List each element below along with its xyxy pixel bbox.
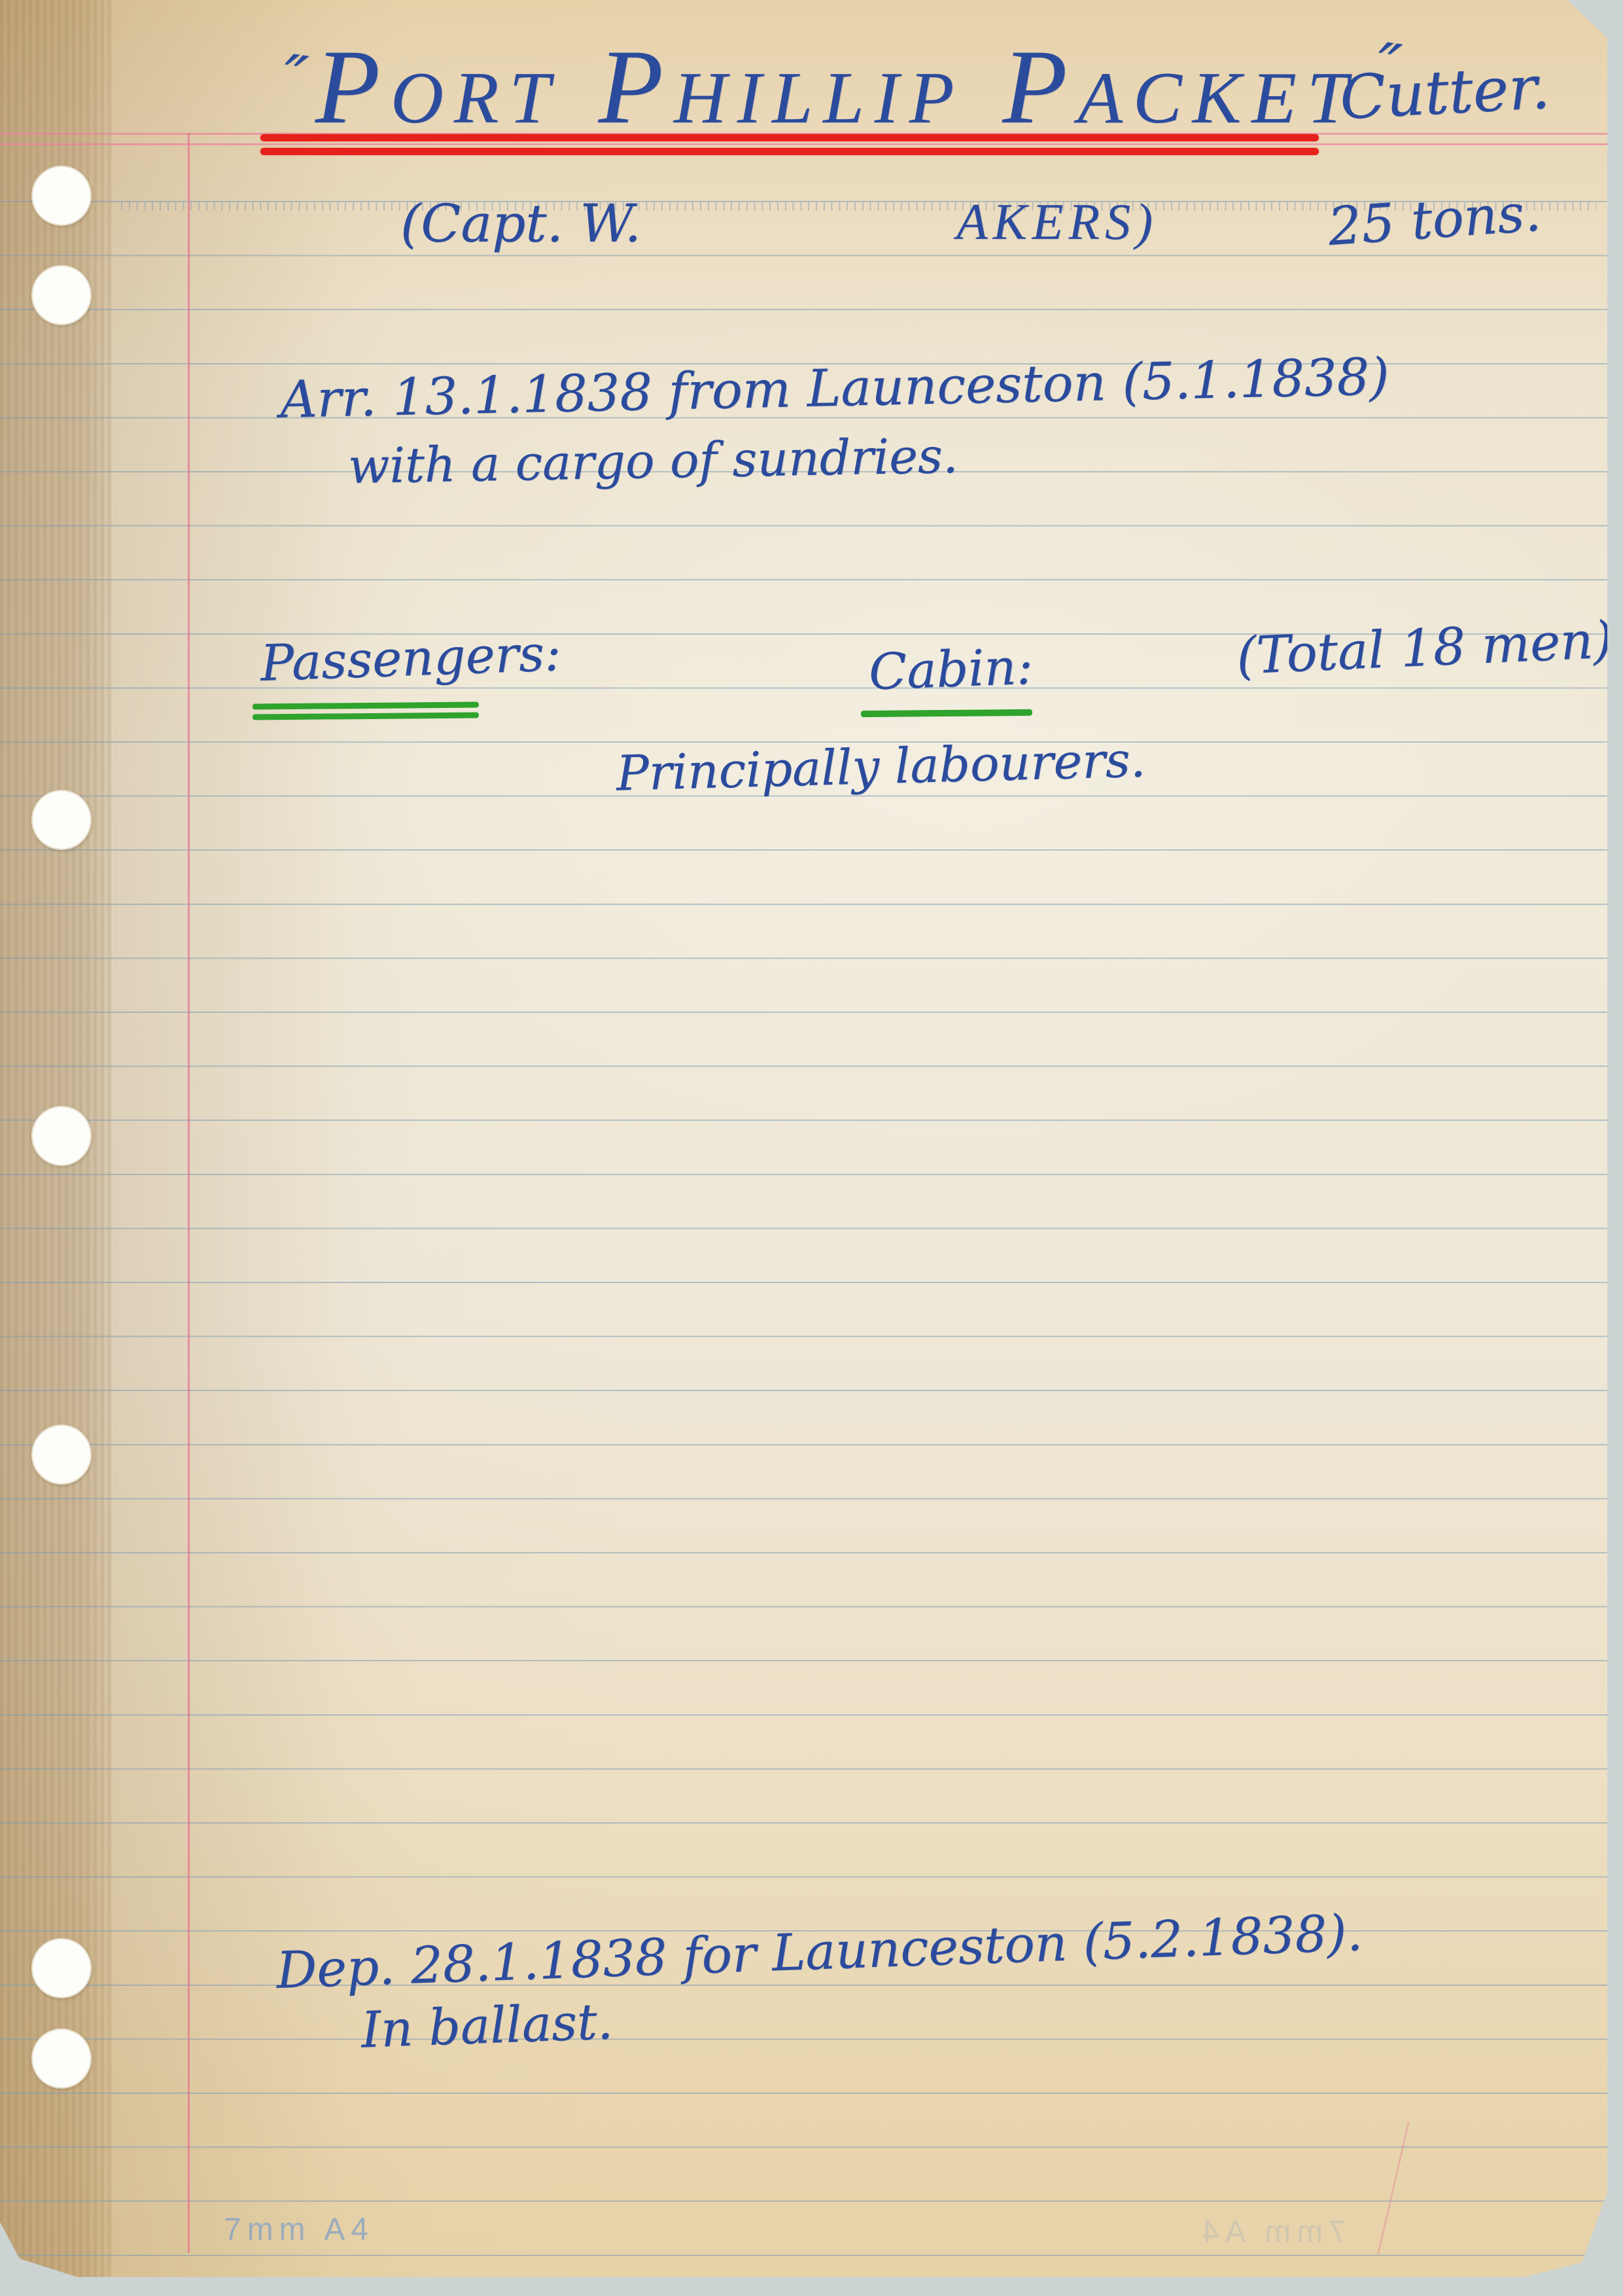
cabin-heading: Cabin: xyxy=(868,642,1034,698)
open-quote-mark: ″ xyxy=(278,46,310,111)
punch-hole xyxy=(31,166,92,226)
title-underline-top xyxy=(260,134,1319,141)
top-margin-line-2 xyxy=(0,143,1608,145)
paper-size-watermark-mirrored: 7mm A4 xyxy=(1196,2214,1346,2250)
notebook-page: ″ PORT PHILLIP PACKET ″ Cutter. (Capt. W… xyxy=(0,0,1608,2278)
departure-line-2: In ballast. xyxy=(360,1996,614,2055)
title-word: PACKET xyxy=(1002,34,1358,140)
total-passengers-note: (Total 18 men) xyxy=(1236,614,1614,682)
punch-hole xyxy=(31,2028,92,2089)
left-margin-line xyxy=(188,133,190,2253)
scanner-background: ″ PORT PHILLIP PACKET ″ Cutter. (Capt. W… xyxy=(0,0,1623,2296)
punch-hole xyxy=(31,790,92,850)
punch-hole xyxy=(31,1424,92,1485)
title-word: PHILLIP xyxy=(599,34,965,140)
paper-size-watermark: 7mm A4 xyxy=(224,2212,374,2248)
punch-hole xyxy=(31,265,92,325)
passengers-description: Principally labourers. xyxy=(616,735,1146,798)
tonnage-note: 25 tons. xyxy=(1327,186,1543,254)
vessel-type-note: Cutter. xyxy=(1338,58,1552,129)
punch-hole xyxy=(31,1106,92,1166)
arrival-line-2: with a cargo of sundries. xyxy=(347,432,958,491)
passengers-heading: Passengers: xyxy=(260,628,562,688)
captain-prefix: (Capt. W. xyxy=(400,198,641,250)
captain-surname: AKERS) xyxy=(956,196,1158,247)
title-underline-bottom xyxy=(260,148,1319,155)
punch-hole xyxy=(31,1938,92,1998)
title-word: PORT xyxy=(315,34,561,140)
page-title: ″ PORT PHILLIP PACKET ″ xyxy=(283,34,1400,140)
